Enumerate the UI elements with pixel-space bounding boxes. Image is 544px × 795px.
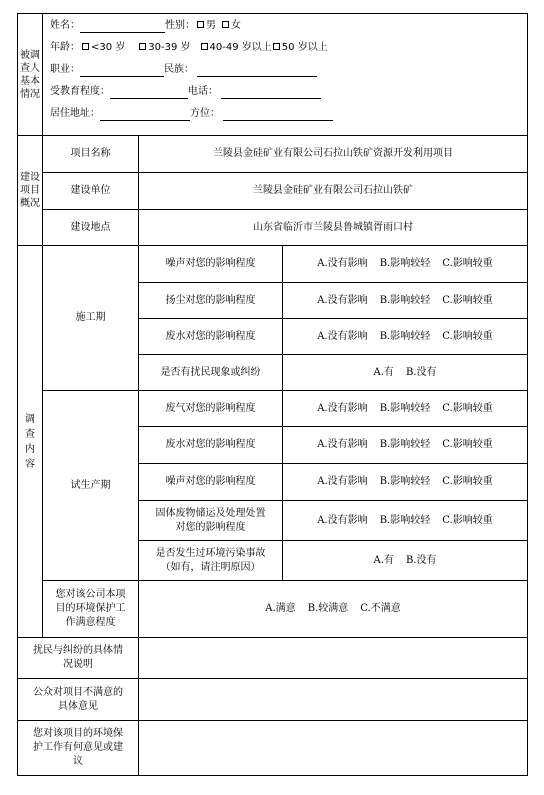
- question-line: 作满意程度: [66, 616, 116, 630]
- gender-male-label: 男: [206, 20, 216, 31]
- occupation-label: 职业：: [50, 64, 80, 75]
- option-a[interactable]: A.没有影响: [317, 257, 367, 271]
- construction-wastewater-question: 废水对您的影响程度: [138, 318, 283, 355]
- option-a[interactable]: A.没有影响: [317, 475, 367, 489]
- label-line: 查人: [20, 62, 40, 75]
- construction-noise-options[interactable]: A.没有影响 B.影响较轻 C.影响较重: [282, 245, 528, 283]
- disturbance-details-label: 扰民与纠纷的具体情 况说明: [17, 637, 139, 679]
- option-a[interactable]: A.没有影响: [317, 330, 367, 344]
- trial-period-label: 试生产期: [42, 390, 139, 581]
- option-c[interactable]: C.影响较重: [442, 294, 492, 308]
- label-line: 基本: [20, 75, 40, 88]
- satisfaction-options[interactable]: A.满意 B.较满意 C.不满意: [138, 580, 528, 638]
- occupation-field[interactable]: [80, 64, 164, 77]
- trial-exhaust-options[interactable]: A.没有影响 B.影响较轻 C.影响较重: [282, 390, 528, 427]
- age-30-39-checkbox[interactable]: [139, 43, 146, 50]
- satisfaction-question: 您对该公司本项 目的环境保护工 作满意程度: [42, 580, 139, 638]
- label-line: 具体意见: [58, 700, 98, 714]
- name-label: 姓名：: [50, 20, 80, 31]
- location-label: 建设地点: [42, 209, 139, 246]
- address-field[interactable]: [100, 108, 190, 121]
- option-a[interactable]: A.没有影响: [317, 514, 367, 528]
- education-field[interactable]: [110, 86, 188, 99]
- trial-noise-options[interactable]: A.没有影响 B.影响较轻 C.影响较重: [282, 463, 528, 501]
- label-line: 容: [25, 457, 35, 472]
- construction-dust-question: 扬尘对您的影响程度: [138, 282, 283, 319]
- trial-wastewater-options[interactable]: A.没有影响 B.影响较轻 C.影响较重: [282, 426, 528, 464]
- label-line: 公众对项目不满意的: [33, 686, 123, 700]
- label-line: 情况: [20, 88, 40, 101]
- ethnicity-field[interactable]: [197, 64, 317, 77]
- label-line: 况说明: [63, 658, 93, 672]
- option-b[interactable]: B.影响较轻: [380, 514, 431, 528]
- age-under30-label: <30 岁: [91, 42, 125, 53]
- question-line: 您对该公司本项: [56, 588, 126, 602]
- name-field[interactable]: [80, 20, 165, 33]
- education-phone-line: 受教育程度：电话：: [50, 85, 321, 99]
- project-name-label: 项目名称: [42, 135, 139, 173]
- option-b[interactable]: B.影响较轻: [380, 294, 431, 308]
- option-c[interactable]: C.影响较重: [442, 438, 492, 452]
- trial-wastewater-question: 废水对您的影响程度: [138, 426, 283, 464]
- label-line: 被调: [20, 49, 40, 62]
- question-line: 对您的影响程度: [176, 521, 246, 535]
- project-section-label: 建设 项目 概况: [17, 135, 43, 246]
- label-line: 您对该项目的环境保: [33, 727, 123, 741]
- option-c[interactable]: C.影响较重: [442, 330, 492, 344]
- label-line: 扰民与纠纷的具体情: [33, 644, 123, 658]
- option-c[interactable]: C.影响较重: [442, 402, 492, 416]
- builder-label: 建设单位: [42, 172, 139, 210]
- gender-female-label: 女: [231, 20, 241, 31]
- question-line: （如有，请注明原因）: [161, 561, 261, 575]
- trial-exhaust-question: 废气对您的影响程度: [138, 390, 283, 427]
- label-line: 议: [73, 755, 83, 769]
- age-over50-label: 50 岁以上: [282, 42, 328, 53]
- option-c[interactable]: C.不满意: [360, 602, 400, 616]
- age-40-49-label: 40-49 岁以上: [210, 42, 272, 53]
- construction-period-label: 施工期: [42, 245, 139, 391]
- dissatisfaction-opinions-label: 公众对项目不满意的 具体意见: [17, 678, 139, 721]
- suggestions-label: 您对该项目的环境保 护工作有何意见或建 议: [17, 720, 139, 776]
- survey-section-label: 调 查 内 容: [17, 245, 43, 638]
- trial-pollution-accident-options[interactable]: A.有 B.没有: [282, 540, 528, 581]
- age-line: 年龄：<30 岁30-39 岁40-49 岁以上50 岁以上: [50, 41, 328, 55]
- option-b[interactable]: B.影响较轻: [380, 330, 431, 344]
- builder-value: 兰陵县金硅矿业有限公司石拉山铁矿: [138, 172, 528, 210]
- option-a[interactable]: A.没有影响: [317, 294, 367, 308]
- trial-pollution-accident-question: 是否发生过环境污染事故 （如有，请注明原因）: [138, 540, 283, 581]
- option-a[interactable]: A.有: [374, 366, 394, 380]
- age-label: 年龄：: [50, 42, 80, 53]
- age-over50-checkbox[interactable]: [273, 43, 280, 50]
- address-label: 居住地址：: [50, 108, 100, 119]
- option-b[interactable]: B.较满意: [308, 602, 349, 616]
- option-c[interactable]: C.影响较重: [442, 514, 492, 528]
- construction-disturbance-options[interactable]: A.有 B.没有: [282, 354, 528, 391]
- location-value: 山东省临沂市兰陵县鲁城镇胥雨口村: [138, 209, 528, 246]
- construction-disturbance-question: 是否有扰民现象或纠纷: [138, 354, 283, 391]
- dissatisfaction-opinions-answer[interactable]: [138, 678, 528, 721]
- name-gender-line: 姓名：性别：男女: [50, 19, 241, 33]
- option-c[interactable]: C.影响较重: [442, 475, 492, 489]
- occupation-ethnicity-line: 职业：民族：: [50, 63, 317, 77]
- construction-wastewater-options[interactable]: A.没有影响 B.影响较轻 C.影响较重: [282, 318, 528, 355]
- age-40-49-checkbox[interactable]: [201, 43, 208, 50]
- trial-solid-waste-question: 固体废物储运及处理处置 对您的影响程度: [138, 500, 283, 541]
- option-b[interactable]: B.影响较轻: [380, 257, 431, 271]
- option-b[interactable]: B.影响较轻: [380, 438, 431, 452]
- option-a[interactable]: A.有: [374, 554, 394, 568]
- option-a[interactable]: A.没有影响: [317, 402, 367, 416]
- respondent-section-label: 被调 查人 基本 情况: [17, 13, 43, 136]
- label-line: 查: [25, 427, 35, 442]
- option-c[interactable]: C.影响较重: [442, 257, 492, 271]
- suggestions-answer[interactable]: [138, 720, 528, 776]
- label-line: 护工作有何意见或建: [33, 741, 123, 755]
- option-b[interactable]: B.没有: [406, 554, 437, 568]
- ethnicity-label: 民族：: [164, 64, 194, 75]
- label-line: 内: [25, 442, 35, 457]
- phone-label: 电话：: [188, 86, 218, 97]
- construction-dust-options[interactable]: A.没有影响 B.影响较轻 C.影响较重: [282, 282, 528, 319]
- disturbance-details-answer[interactable]: [138, 637, 528, 679]
- direction-field[interactable]: [223, 108, 333, 121]
- trial-noise-question: 噪声对您的影响程度: [138, 463, 283, 501]
- label-line: 建设: [20, 171, 40, 184]
- phone-field[interactable]: [221, 86, 321, 99]
- trial-solid-waste-options[interactable]: A.没有影响 B.影响较轻 C.影响较重: [282, 500, 528, 541]
- age-30-39-label: 30-39 岁: [148, 42, 190, 53]
- question-line: 是否发生过环境污染事故: [156, 547, 266, 561]
- address-direction-line: 居住地址：方位：: [50, 107, 333, 121]
- option-b[interactable]: B.没有: [406, 366, 437, 380]
- question-line: 固体废物储运及处理处置: [156, 507, 266, 521]
- option-b[interactable]: B.影响较轻: [380, 475, 431, 489]
- option-a[interactable]: A.没有影响: [317, 438, 367, 452]
- label-line: 概况: [20, 197, 40, 210]
- option-a[interactable]: A.满意: [265, 602, 295, 616]
- question-line: 目的环境保护工: [56, 602, 126, 616]
- label-line: 项目: [20, 184, 40, 197]
- option-b[interactable]: B.影响较轻: [380, 402, 431, 416]
- gender-male-checkbox[interactable]: [197, 21, 204, 28]
- gender-female-checkbox[interactable]: [222, 21, 229, 28]
- direction-label: 方位：: [190, 108, 220, 119]
- label-line: 调: [25, 412, 35, 427]
- project-name-value: 兰陵县金硅矿业有限公司石拉山铁矿资源开发利用项目: [138, 135, 528, 173]
- age-under30-checkbox[interactable]: [82, 43, 89, 50]
- gender-label: 性别：: [165, 20, 195, 31]
- education-label: 受教育程度：: [50, 86, 110, 97]
- construction-noise-question: 噪声对您的影响程度: [138, 245, 283, 283]
